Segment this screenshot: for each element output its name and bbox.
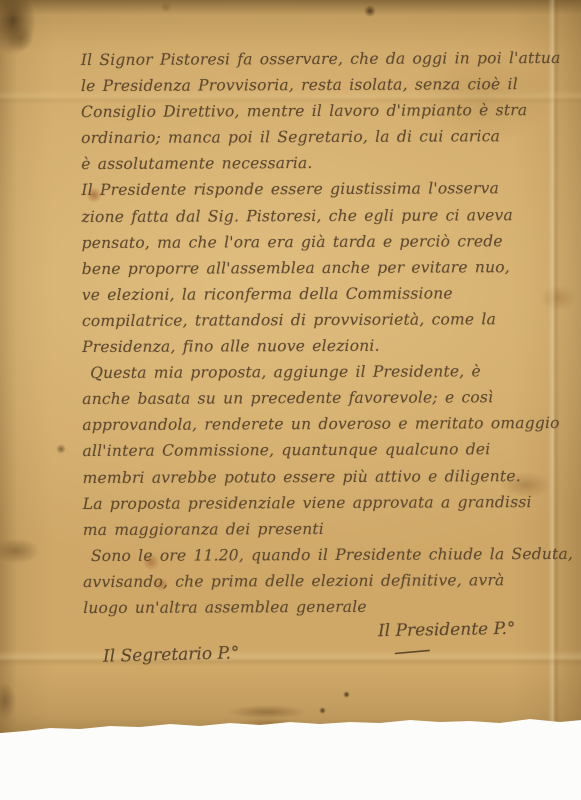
stain-dot-bottom-2 [319,707,326,714]
manuscript-line: La proposta presidenziale viene approvat… [83,489,553,517]
manuscript-line: avvisando, che prima delle elezioni defi… [83,567,553,595]
manuscript-line: ordinario; manca poi il Segretario, la d… [81,123,551,151]
manuscript-line: ma maggioranza dei presenti [83,515,553,543]
stain-dot-top [364,5,376,17]
manuscript-line: è assolutamente necessaria. [81,149,551,177]
manuscript-line: Il Signor Pistoresi fa osservare, che da… [81,45,551,73]
stain-smudge-bottom-2 [236,718,300,728]
manuscript-line: pensato, ma che l'ora era già tarda e pe… [82,228,552,256]
stain-dot-left [56,444,66,454]
manuscript-line: bene proporre all'assemblea anche per ev… [82,254,552,282]
signature-flourish: — [392,635,433,666]
stain-corner-topleft-2 [6,24,34,52]
manuscript-line: approvandola, renderete un doveroso e me… [82,410,552,438]
manuscript-line: Presidenza, fino alle nuove elezioni. [82,332,552,360]
stain-dot-bottom [343,691,350,698]
manuscript-line: membri avrebbe potuto essere più attivo … [83,462,553,490]
manuscript-line: Il Presidente risponde essere giustissim… [81,175,551,203]
manuscript-page: Il Signor Pistoresi fa osservare, che da… [0,0,581,737]
manuscript-line: le Presidenza Provvisoria, resta isolata… [81,71,551,99]
manuscript-text: Il Signor Pistoresi fa osservare, che da… [81,45,554,621]
manuscript-line: Consiglio Direttivo, mentre il lavoro d'… [81,97,551,125]
manuscript-line: all'intera Commissione, quantunque qualc… [82,436,552,464]
manuscript-line: Questa mia proposta, aggiunge il Preside… [82,358,552,386]
stain-smudge-bottom [228,705,306,719]
scan-background: { "scan": { "paper_color": "#cfa868", "i… [0,0,581,800]
manuscript-line: Sono le ore 11.20, quando il Presidente … [83,541,553,569]
stain-corner-topleft [0,0,38,58]
stain-dot-top-2 [160,2,172,12]
stain-edge-notch-left [0,682,16,720]
crease-horizontal-lower [0,650,581,666]
manuscript-line: zione fatta dal Sig. Pistoresi, che egli… [81,202,551,230]
stain-left-edge-streak [0,538,40,564]
manuscript-line: anche basata su un precedente favorevole… [82,384,552,412]
manuscript-line: luogo un'altra assemblea generale [83,593,553,621]
manuscript-line: compilatrice, trattandosi di provvisorie… [82,306,552,334]
manuscript-line: ve elezioni, la riconferma della Commiss… [82,280,552,308]
signature-secretary: Il Segretario P.° [103,643,240,667]
